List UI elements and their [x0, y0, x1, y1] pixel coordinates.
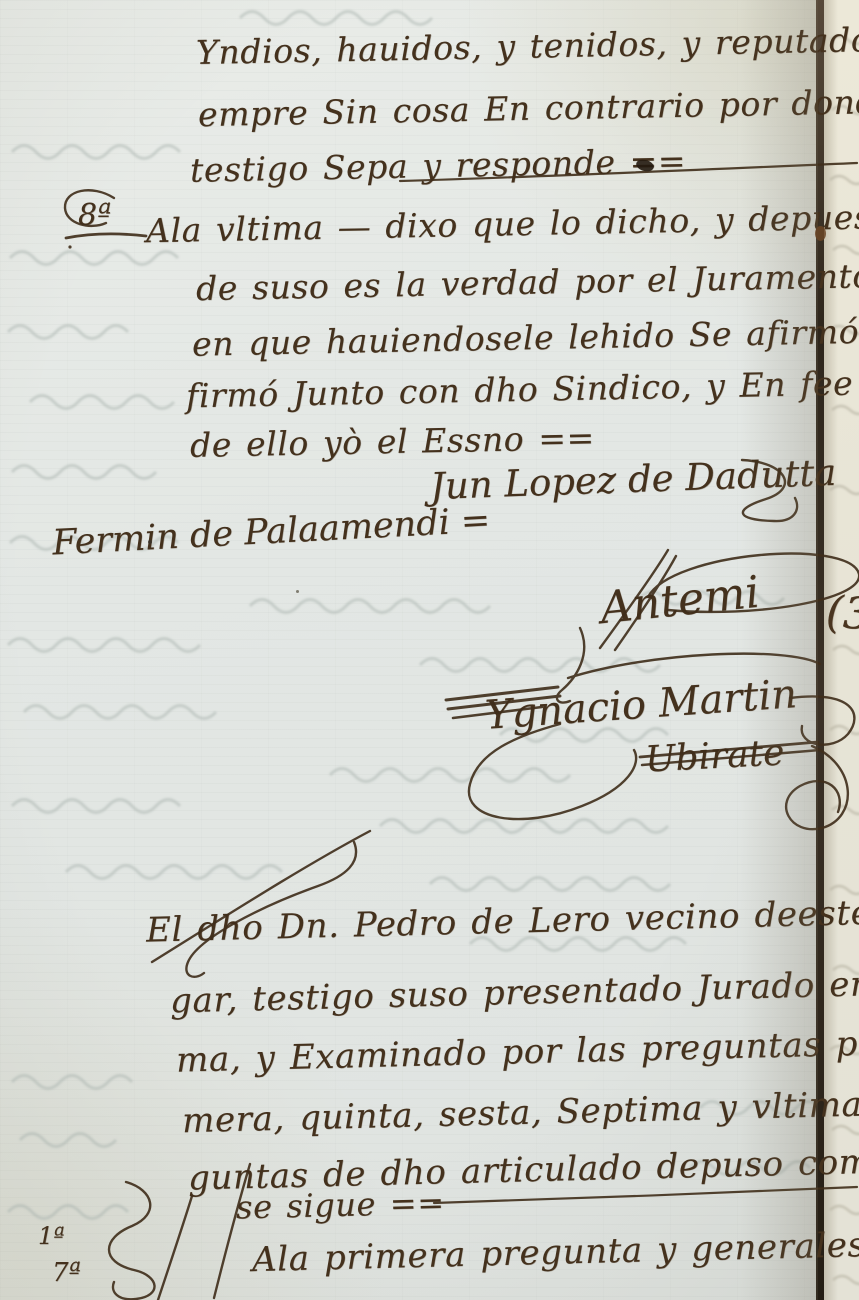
ink-speck	[296, 590, 299, 593]
signature-ygnacio-martin: Ygnacio Martin	[484, 671, 799, 739]
manuscript-line: El dho Dn. Pedro de Lero vecino deeste d…	[146, 889, 859, 950]
octava-underline	[66, 234, 146, 238]
manuscript-line: de suso es la verdad por el Juramento fh…	[196, 255, 859, 308]
manuscript-line: empre Sin cosa En contrario por donde el	[198, 81, 859, 134]
manuscript-line: en que hauiendosele lehido Se afirmó y	[192, 311, 859, 363]
manuscript-line: mera, quinta, sesta, Septima y vltima pr…	[182, 1083, 859, 1141]
facing-page-margin-mark: (3	[825, 587, 859, 640]
margin-note-octava: 8ª	[78, 198, 111, 233]
manuscript-line: se sigue ==	[236, 1183, 445, 1226]
signature-ante-mi: Antemi	[598, 567, 762, 634]
manuscript-line: Ala primera pregunta y generales di	[252, 1224, 859, 1280]
margin-note-septima: 7ª	[52, 1258, 81, 1288]
manuscript-line: Ala vltima — dixo que lo dicho, y depues…	[146, 197, 859, 251]
manuscript-line: ma, y Examinado por las preguntas pri	[176, 1023, 859, 1080]
manuscript-page: (3 8ª 1ª 7ª Yndios, hauidos, y tenidos, …	[0, 0, 859, 1300]
ink-speck	[148, 540, 152, 544]
ink-blot	[815, 226, 826, 241]
manuscript-line: gar, testigo suso presentado Jurado en f…	[170, 963, 859, 1022]
manuscript-line: firmó Junto con dho Sindico, y En fee	[186, 364, 854, 416]
margin-slash-2	[158, 1196, 192, 1300]
signature-lopez-de-dadutta: Jun Lopez de Dadutta	[429, 451, 837, 508]
manuscript-line: de ello yò el Essno ==	[190, 418, 595, 465]
margin-s-flourish	[109, 1182, 155, 1299]
signature-fermin-de-palaamendi: Fermin de Palaamendi =	[51, 501, 491, 564]
manuscript-line: testigo Sepa y responde ==	[190, 141, 687, 190]
signature-surname-struck: Ubirate	[644, 732, 785, 780]
octava-dot	[68, 245, 71, 248]
margin-note-primera: 1ª	[38, 1222, 65, 1250]
manuscript-line: Yndios, hauidos, y tenidos, y reputados …	[196, 19, 859, 72]
